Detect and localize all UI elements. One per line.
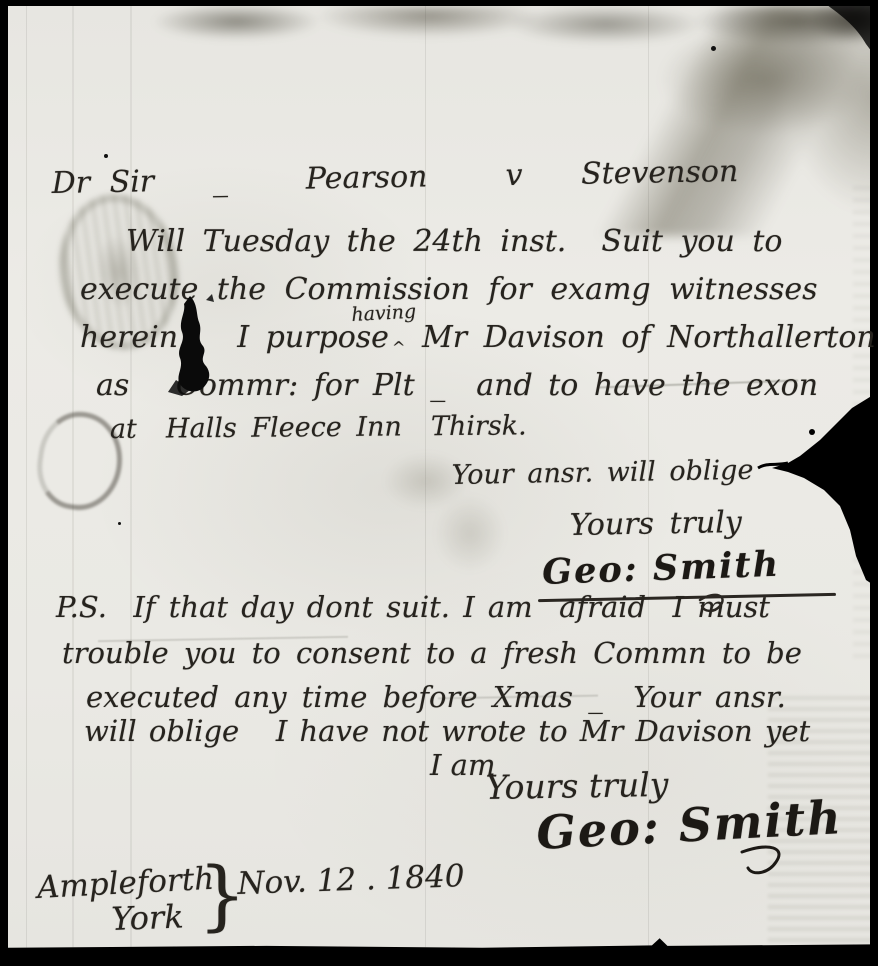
ink-speck xyxy=(118,522,121,525)
postscript-line-2: trouble you to consent to a fresh Commn … xyxy=(62,636,802,670)
top-right-corner-stain xyxy=(568,6,878,236)
fold-line xyxy=(26,6,27,952)
postscript-line-3: executed any time before Xmas _ Your ans… xyxy=(86,680,786,714)
fold-line xyxy=(130,6,132,952)
dateline-brace: } xyxy=(198,850,246,939)
body-line-3: herein. I purpose Mr Davison of Northall… xyxy=(80,320,876,355)
postscript-line-4: will oblige I have not wrote to Mr Davis… xyxy=(84,714,810,748)
postscript-line-1: P.S. If that day dont suit. I am afraid … xyxy=(56,590,770,624)
dateline-place-2: York xyxy=(111,898,185,939)
verso-text-bleedthrough-upper xyxy=(853,186,878,666)
body-line-1: Will Tuesday the 24th inst. Suit you to xyxy=(126,224,782,259)
body-line-5: at Halls Fleece Inn Thirsk. xyxy=(110,410,527,445)
top-edge-stain xyxy=(148,6,878,58)
ink-speck xyxy=(711,46,716,51)
closing-answer-request: Your ansr. will oblige xyxy=(451,455,753,491)
scanned-letter: Dr Sir _ Pearson v Stevenson Will Tuesda… xyxy=(0,0,878,966)
fold-line xyxy=(72,6,74,952)
signature-1: Geo: Smith xyxy=(542,544,781,593)
closing-valediction: Yours truly xyxy=(569,505,742,543)
fold-line xyxy=(425,6,426,952)
ink-speck xyxy=(104,154,108,158)
body-line-2: execute the Commission for examg witness… xyxy=(80,272,818,307)
body-line-4: as Commr: for Plt _ and to have the exon xyxy=(96,368,818,403)
